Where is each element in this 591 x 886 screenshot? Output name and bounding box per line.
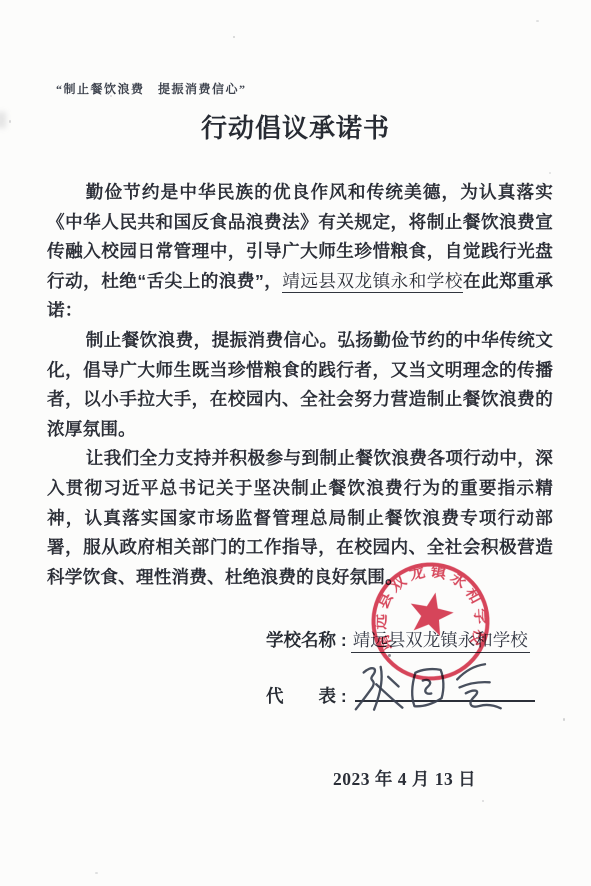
scan-speck bbox=[549, 172, 551, 174]
document-page: “制止餐饮浪费 提振消费信心” 行动倡议承诺书 勤俭节约是中华民族的优良作风和传… bbox=[0, 0, 591, 886]
scan-speck bbox=[482, 800, 484, 802]
scan-speck bbox=[110, 95, 112, 97]
header-quote: “制止餐饮浪费 提振消费信心” bbox=[56, 80, 247, 97]
seal-star-icon bbox=[405, 588, 456, 638]
scan-speck bbox=[95, 872, 98, 874]
date-text: 2023 年 4 月 13 日 bbox=[333, 766, 476, 791]
paragraph: 制止餐饮浪费，提振消费信心。弘扬勤俭节约的中华传统文化，倡导广大师生既当珍惜粮食… bbox=[47, 326, 553, 444]
page-title: 行动倡议承诺书 bbox=[0, 108, 591, 145]
representative-label: 代 表 : bbox=[266, 686, 347, 706]
official-seal: 靖远县双龙镇永和学校 bbox=[365, 556, 496, 687]
scan-speck bbox=[388, 654, 391, 657]
school-name-label: 学校名称 : bbox=[266, 630, 347, 650]
school-name-inline-underlined: 靖远县双龙镇永和学校 bbox=[282, 271, 463, 293]
paragraph: 勤俭节约是中华民族的优良作风和传统美德，为认真落实《中华人民共和国反食品浪费法》… bbox=[47, 178, 553, 326]
document-body: 勤俭节约是中华民族的优良作风和传统美德，为认真落实《中华人民共和国反食品浪费法》… bbox=[47, 178, 553, 592]
scan-speck bbox=[563, 718, 565, 721]
scan-speck bbox=[9, 120, 11, 123]
paragraph-text: 制止餐饮浪费，提振消费信心。弘扬勤俭节约的中华传统文化，倡导广大师生既当珍惜粮食… bbox=[47, 330, 553, 439]
scan-speck bbox=[536, 20, 539, 22]
scan-speck bbox=[233, 36, 235, 38]
